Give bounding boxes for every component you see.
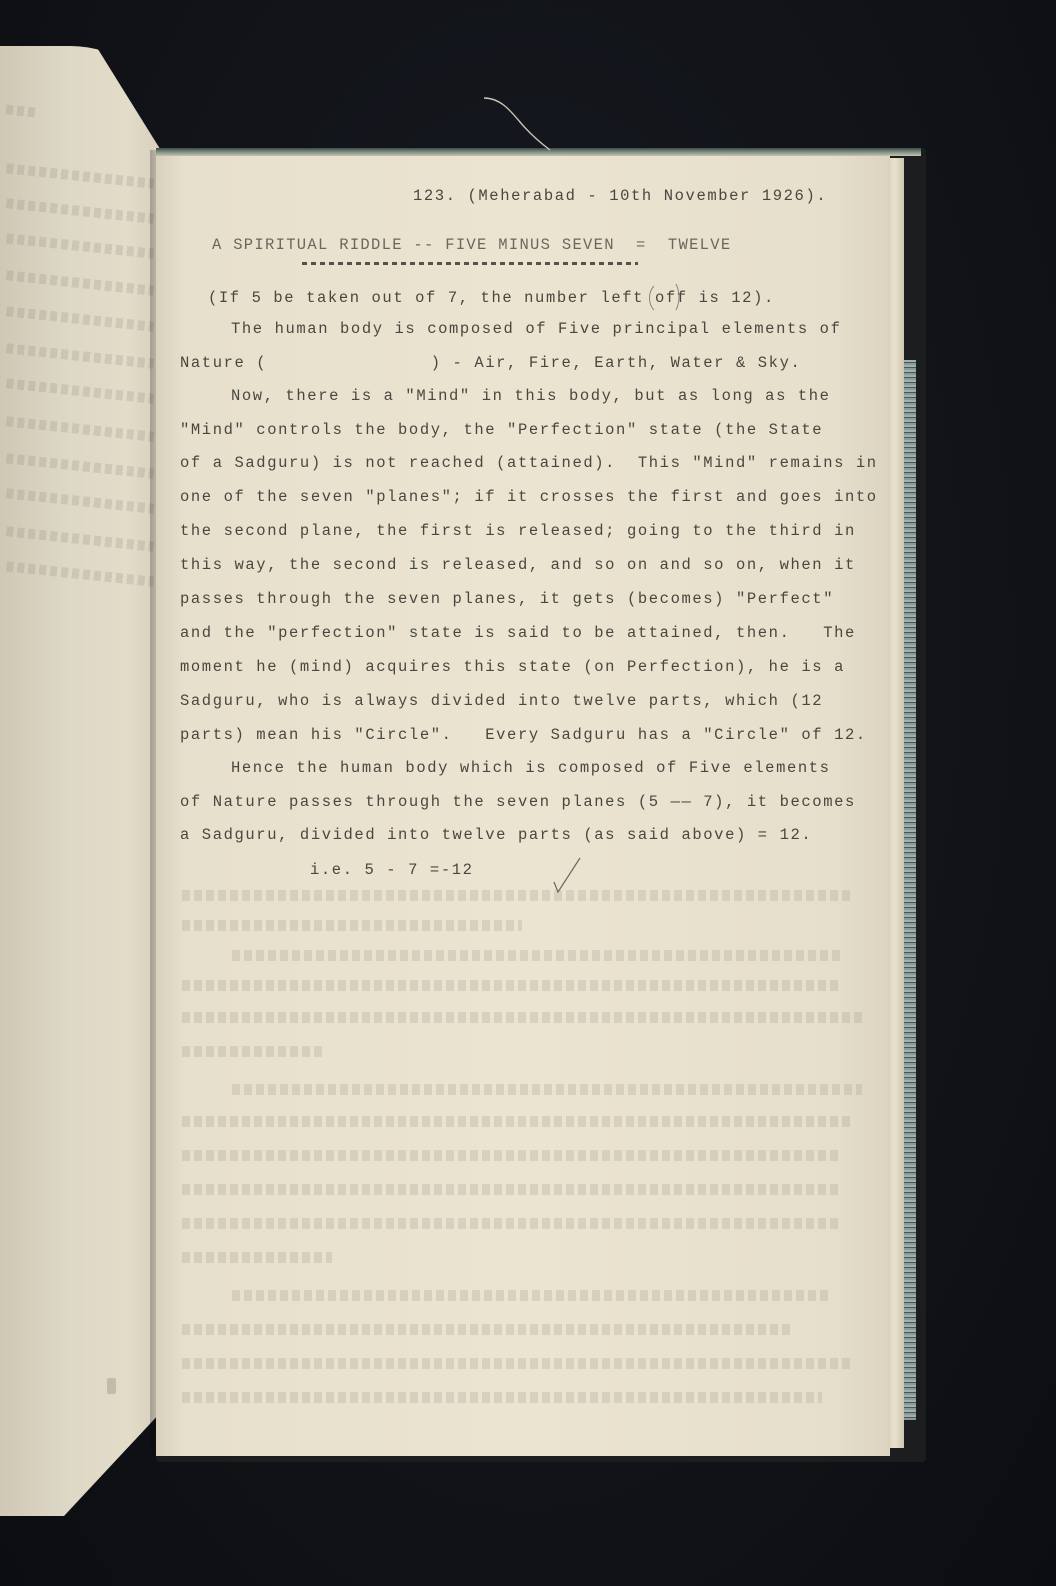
text-line: the second plane, the first is released;…	[180, 524, 856, 540]
left-facing-page	[0, 46, 160, 1516]
text-line: "Mind" controls the body, the "Perfectio…	[180, 423, 823, 439]
text-line: moment he (mind) acquires this state (on…	[180, 660, 845, 676]
bleed-through-text	[6, 453, 154, 478]
bleed-through-text	[6, 526, 154, 551]
text-line: of a Sadguru) is not reached (attained).…	[180, 456, 878, 472]
bleed-through-text	[182, 1116, 852, 1127]
bleed-through-text	[6, 306, 154, 331]
formula-line: i.e. 5 - 7 =-12	[310, 863, 474, 879]
bleed-through-text	[182, 1324, 792, 1335]
title-underline	[302, 262, 638, 265]
bleed-through-text	[232, 950, 842, 961]
bleed-through-text	[182, 1184, 842, 1195]
bleed-through-text	[6, 270, 154, 295]
document-title: A SPIRITUAL RIDDLE -- FIVE MINUS SEVEN =…	[212, 238, 731, 254]
bleed-through-text	[182, 1218, 842, 1229]
bleed-through-text	[182, 890, 852, 901]
bleed-through-text	[182, 1252, 332, 1263]
bleed-through-text	[182, 1358, 852, 1369]
bleed-through-text	[6, 488, 154, 513]
bleed-through-text	[6, 561, 154, 586]
bleed-through-text	[182, 1150, 842, 1161]
text-line: passes through the seven planes, it gets…	[180, 592, 834, 608]
page-mark	[107, 1378, 116, 1394]
text-line: Sadguru, who is always divided into twel…	[180, 694, 823, 710]
text-line: one of the seven "planes"; if it crosses…	[180, 490, 878, 506]
loose-thread-icon	[480, 92, 560, 152]
bleed-through-text	[6, 198, 154, 223]
text-line: Nature ( ) - Air, Fire, Earth, Water & S…	[180, 356, 801, 372]
text-line: The human body is composed of Five princ…	[231, 322, 841, 338]
text-line: parts) mean his "Circle". Every Sadguru …	[180, 728, 867, 744]
bleed-through-text	[232, 1084, 862, 1095]
text-line: (If 5 be taken out of 7, the number left…	[208, 291, 775, 307]
text-line: Hence the human body which is composed o…	[231, 761, 831, 777]
bleed-through-text	[6, 163, 154, 188]
page-stack	[888, 158, 904, 1448]
page-edges	[904, 360, 916, 1420]
page-header: 123. (Meherabad - 10th November 1926).	[413, 189, 827, 205]
text-line: a Sadguru, divided into twelve parts (as…	[180, 828, 812, 844]
bleed-through-text	[182, 1046, 322, 1057]
text-line: this way, the second is released, and so…	[180, 558, 856, 574]
text-line: of Nature passes through the seven plane…	[180, 795, 856, 811]
text-line: and the "perfection" state is said to be…	[180, 626, 856, 642]
bleed-through-text	[182, 980, 842, 991]
bleed-through-text	[182, 920, 522, 931]
pencil-circle-mark-icon	[646, 282, 682, 312]
bleed-through-text	[182, 1012, 862, 1023]
bleed-through-text	[182, 1392, 822, 1403]
text-line: Now, there is a "Mind" in this body, but…	[231, 389, 831, 405]
bleed-through-text	[6, 416, 154, 441]
bleed-through-text	[6, 343, 154, 368]
bleed-through-text	[6, 104, 37, 117]
bleed-through-text	[6, 233, 154, 258]
bleed-through-text	[232, 1290, 832, 1301]
pencil-tick-icon	[552, 856, 582, 896]
bleed-through-text	[6, 378, 154, 403]
